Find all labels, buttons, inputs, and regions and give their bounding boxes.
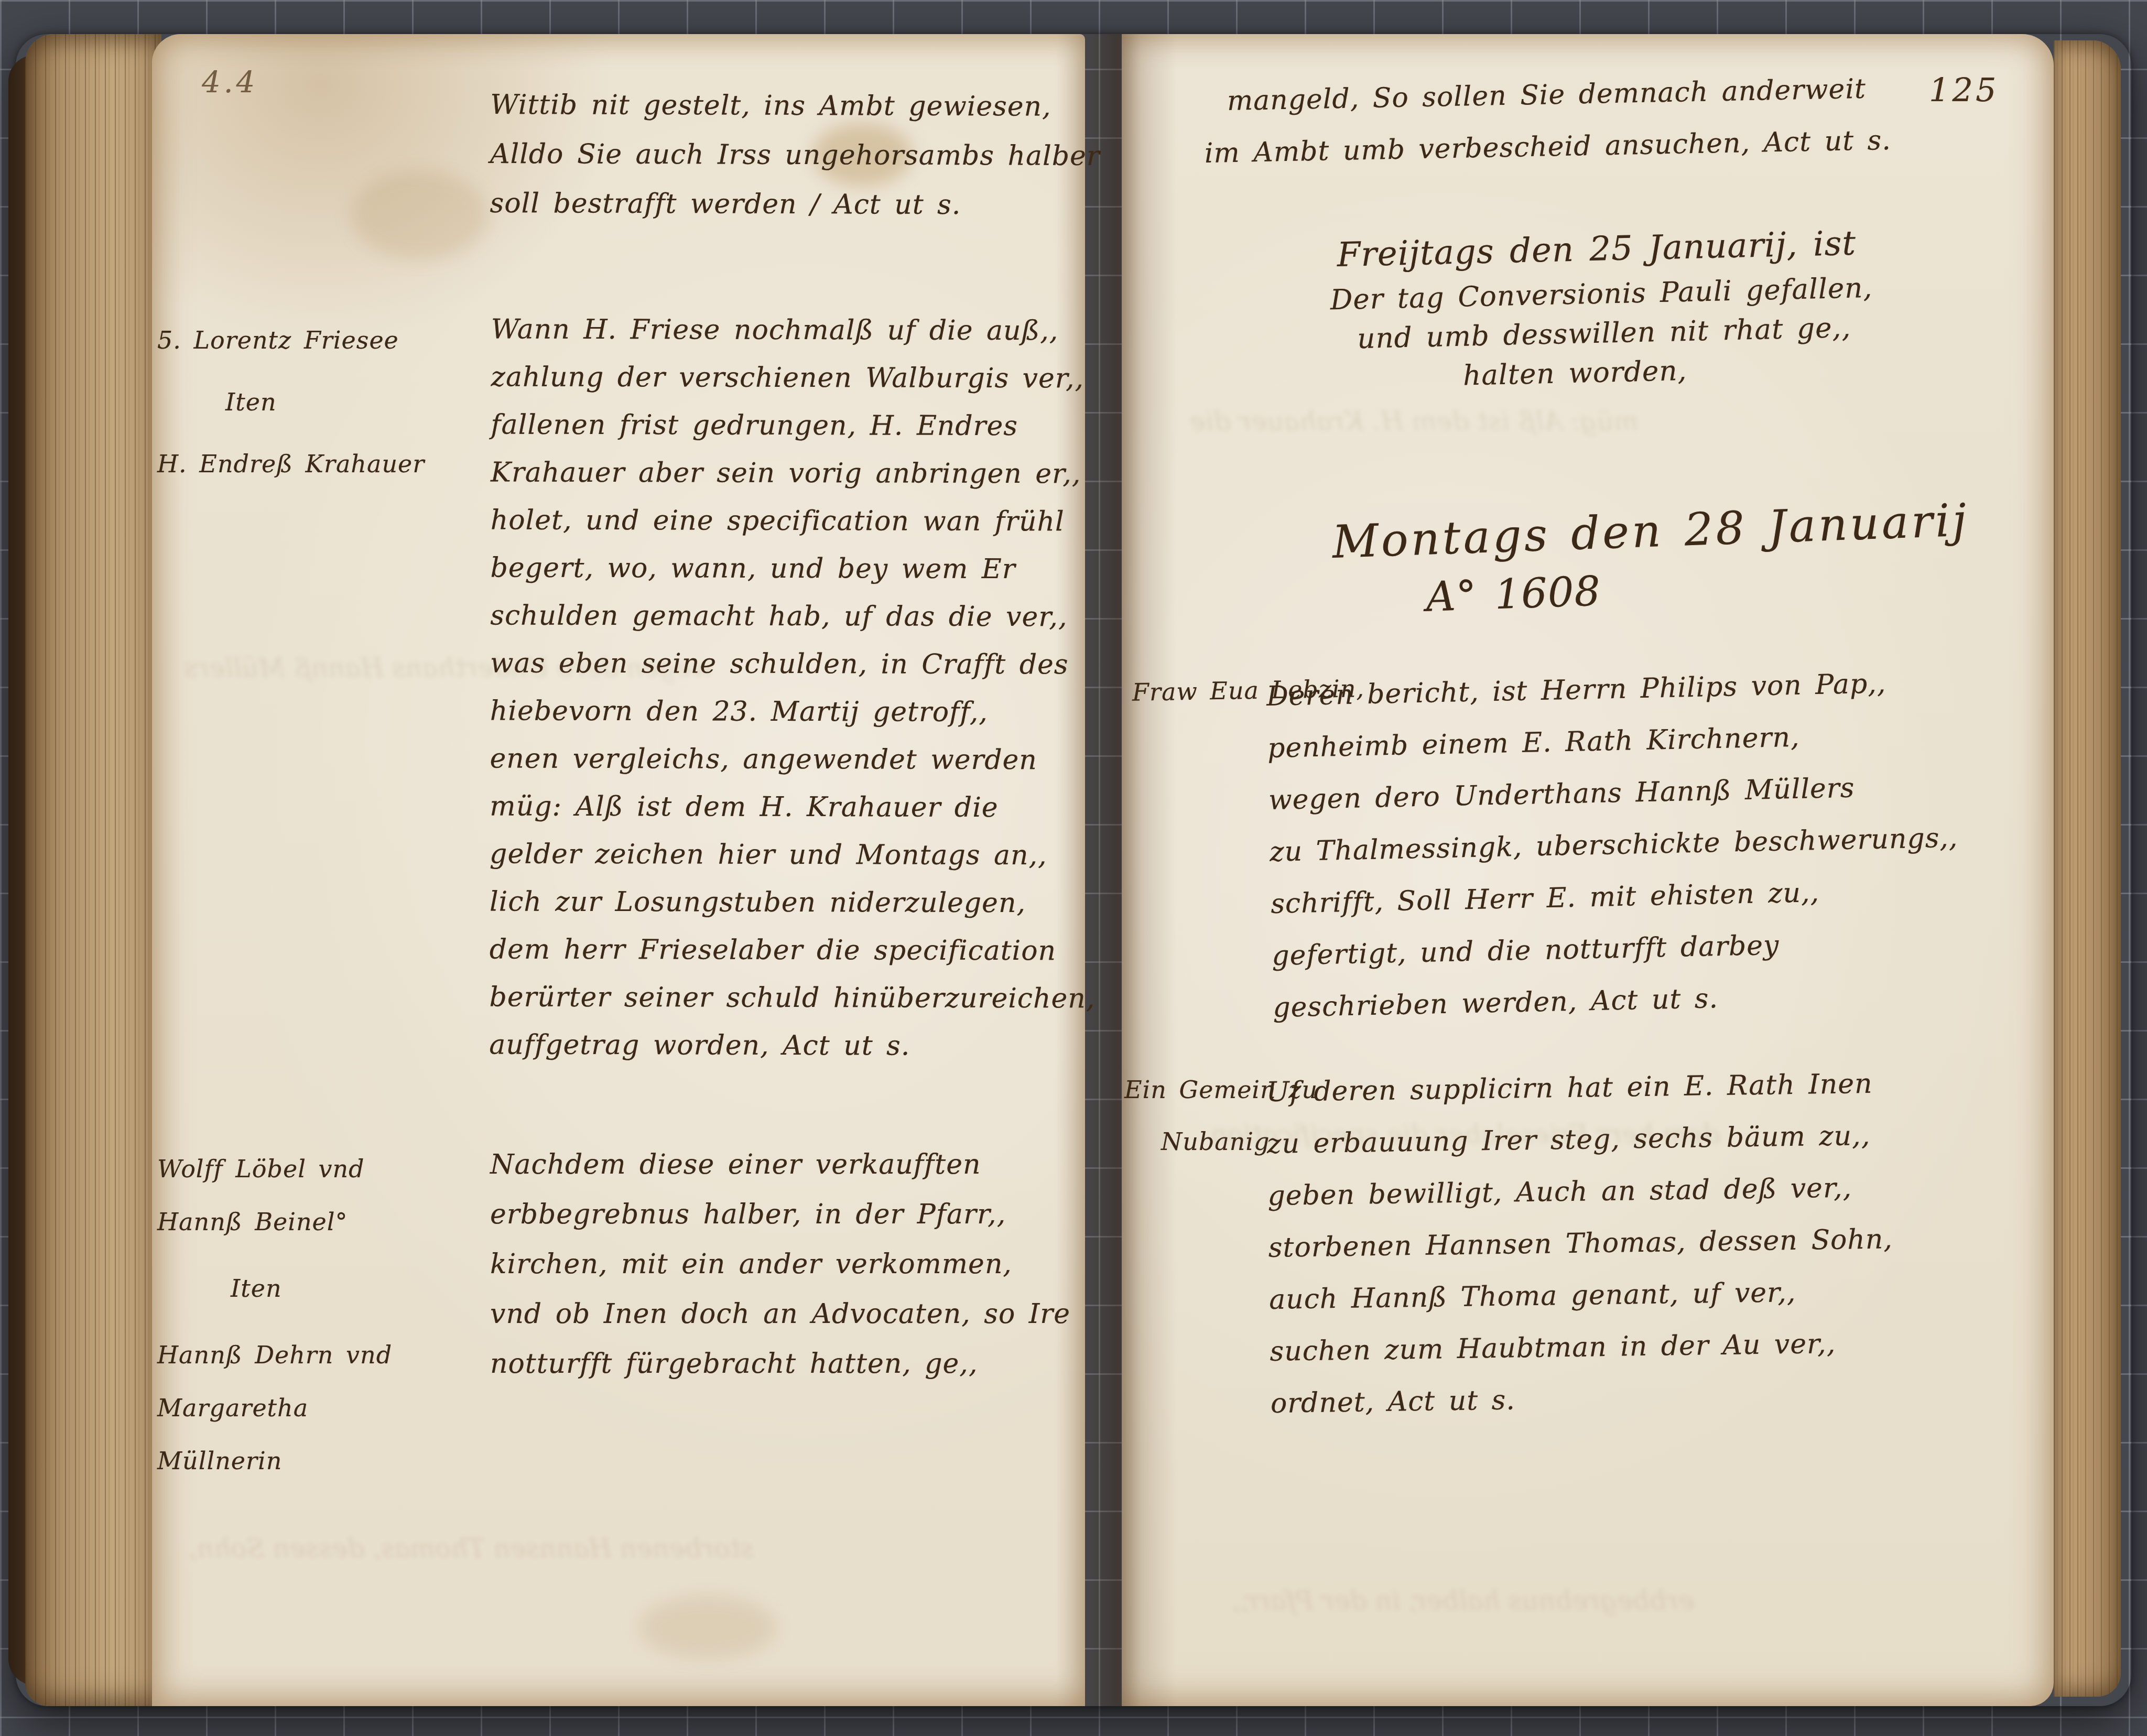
manuscript-line: was eben seine schulden, in Crafft des <box>490 639 1096 689</box>
entry-lebzin-text: Deren bericht, ist Herrn Philips von Pap… <box>1266 656 1962 1034</box>
entry-gemein-text: Uf deren supplicirn hat ein E. Rath Inen… <box>1266 1058 1895 1430</box>
heading-line: und umb desswillen nit rhat ge,, <box>1357 311 1874 355</box>
manuscript-line: Wittib nit gestelt, ins Ambt gewiesen, <box>490 80 1100 132</box>
manuscript-photo-scene: 4.4 Wittib nit gestelt, ins Ambt gewiese… <box>0 0 2147 1736</box>
manuscript-line: lich zur Losungstuben niderzulegen, <box>490 878 1096 927</box>
heading-line: Montags den 28 Januarij <box>1331 494 1970 569</box>
folio-mark: 4.4 <box>202 66 258 100</box>
right-page: 125 mangeld, So sollen Sie demnach ander… <box>1122 34 2054 1706</box>
bleed-through-text: erbbegrebnus halber, in der Pfarr,, <box>1232 1586 1694 1616</box>
bleed-through-text: müg: Alß ist dem H. Krahauer die <box>1190 406 1639 437</box>
left-page-edge-stack <box>25 34 161 1706</box>
margin-note-line: 5. Lorentz Friesee <box>157 309 425 371</box>
margin-note-line: Margaretha <box>157 1382 392 1435</box>
manuscript-line: Krahauer aber sein vorig anbringen er,, <box>491 449 1097 498</box>
manuscript-line: vnd ob Inen doch an Advocaten, so Ire <box>490 1289 1070 1339</box>
manuscript-line: müg: Alß ist dem H. Krahauer die <box>490 783 1096 832</box>
manuscript-line: fallenen frist gedrungen, H. Endres <box>491 401 1097 450</box>
manuscript-line: geben bewilligt, Auch an stad deß ver,, <box>1267 1162 1892 1222</box>
margin-note-loebel: Wolff Löbel vnd Hannß Beinel° Iten Hannß… <box>157 1143 392 1488</box>
open-book: 4.4 Wittib nit gestelt, ins Ambt gewiese… <box>16 34 2131 1706</box>
manuscript-line: gelder zeichen hier und Montags an,, <box>490 830 1096 880</box>
heading-line: halten worden, <box>1462 351 1874 392</box>
margin-note-line: Iten <box>231 1262 392 1315</box>
manuscript-line: zu erbauuung Irer steg, sechs bäum zu,, <box>1266 1110 1891 1170</box>
left-page: 4.4 Wittib nit gestelt, ins Ambt gewiese… <box>152 34 1085 1706</box>
paper-stain <box>639 1596 776 1659</box>
manuscript-line: hiebevorn den 23. Martij getroff,, <box>490 687 1096 736</box>
margin-note-line: Iten <box>225 371 425 433</box>
left-opening-paragraph: Wittib nit gestelt, ins Ambt gewiesen, A… <box>490 80 1101 230</box>
margin-note-friese: 5. Lorentz Friesee Iten H. Endreß Krahau… <box>157 309 425 495</box>
manuscript-line: begert, wo, wann, und bey wem Er <box>490 544 1096 593</box>
manuscript-line: suchen zum Haubtman in der Au ver,, <box>1270 1317 1894 1378</box>
manuscript-line: ordnet, Act ut s. <box>1270 1369 1895 1430</box>
manuscript-line: dem herr Frieselaber die specification <box>490 926 1096 975</box>
right-page-edge-stack <box>2054 40 2121 1697</box>
manuscript-line: kirchen, mit ein ander verkommen, <box>490 1240 1070 1289</box>
margin-note-line: H. Endreß Krahauer <box>157 433 425 495</box>
manuscript-line: Uf deren supplicirn hat ein E. Rath Inen <box>1266 1058 1891 1119</box>
heading-line: A° 1608 <box>1425 555 1972 621</box>
friday-session-heading: Freijtags den 25 Januarij, ist Der tag C… <box>1337 224 1874 395</box>
margin-note-line: Müllnerin <box>157 1435 392 1488</box>
margin-note-line: Hannß Beinel° <box>157 1196 392 1249</box>
paper-stain <box>351 170 487 259</box>
manuscript-line: storbenen Hannsen Thomas, dessen Sohn, <box>1268 1213 1893 1274</box>
manuscript-line: holet, und eine specification wan frühl <box>491 496 1097 546</box>
entry-loebel-text: Nachdem diese einer verkaufften erbbegre… <box>490 1140 1070 1389</box>
entry-friese-krahauer-text: Wann H. Friese nochmalß uf die auß,, zah… <box>489 306 1097 1070</box>
page-number: 125 <box>1929 71 1999 109</box>
margin-note-line: Wolff Löbel vnd <box>157 1143 392 1196</box>
monday-session-heading: Montags den 28 Januarij A° 1608 <box>1331 494 1972 624</box>
bleed-through-text: storbenen Hannsen Thomas, dessen Sohn, <box>189 1533 754 1564</box>
manuscript-line: soll bestrafft werden / Act ut s. <box>490 179 1100 230</box>
manuscript-line: erbbegrebnus halber, in der Pfarr,, <box>490 1190 1070 1240</box>
manuscript-line: auch Hannß Thoma genant, uf ver,, <box>1269 1265 1894 1326</box>
manuscript-line: notturfft fürgebracht hatten, ge,, <box>490 1339 1070 1389</box>
margin-note-line: Hannß Dehrn vnd <box>157 1329 392 1382</box>
manuscript-line: berürter seiner schuld hinüberzureichen, <box>489 973 1095 1023</box>
heading-line: Der tag Conversionis Pauli gefallen, <box>1330 272 1873 316</box>
manuscript-line: Alldo Sie auch Irss ungehorsambs halber <box>490 129 1100 181</box>
manuscript-line: enen vergleichs, angewendet werden <box>490 735 1096 784</box>
manuscript-line: Wann H. Friese nochmalß uf die auß,, <box>491 306 1097 355</box>
manuscript-line: zahlung der verschienen Walburgis ver,, <box>491 353 1097 403</box>
manuscript-line: auffgetrag worden, Act ut s. <box>489 1021 1095 1070</box>
heading-line: Freijtags den 25 Januarij, ist <box>1337 224 1872 275</box>
manuscript-line: schulden gemacht hab, uf das die ver,, <box>490 592 1096 641</box>
manuscript-line: Nachdem diese einer verkaufften <box>490 1140 1070 1190</box>
right-opening-paragraph: mangeld, So sollen Sie demnach anderweit… <box>1203 63 1892 180</box>
